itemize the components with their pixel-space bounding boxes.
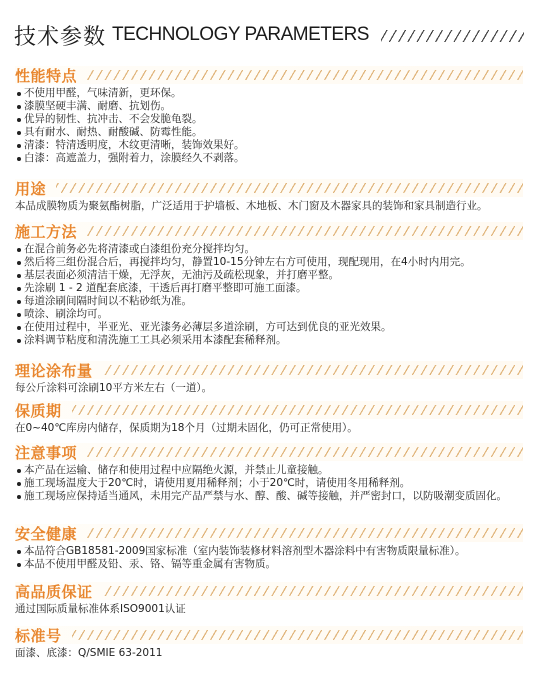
list-item: 漆膜坚硬丰满、耐磨、抗划伤。 — [15, 100, 523, 113]
section-safety-health: 安全健康 本品符合GB18581-2009国家标准（室内装饰装修材料溶剂型木器涂… — [15, 524, 523, 571]
bullet-icon — [17, 131, 21, 135]
bullet-icon — [17, 550, 21, 554]
section-heading: 注意事项 — [15, 443, 523, 461]
title-hatch-decoration — [381, 30, 524, 42]
section-title: 保质期 — [15, 400, 62, 421]
bullet-icon — [17, 482, 21, 486]
section-title: 安全健康 — [15, 523, 77, 544]
bullet-icon — [17, 469, 21, 473]
list-item: 基层表面必须清洁干燥，无浮灰，无油污及疏松现象，并打磨平整。 — [15, 269, 523, 282]
method-list: 在混合前务必先将清漆或白漆组份充分搅拌均匀。 然后将三组份混合后，再搅拌均匀，静… — [15, 243, 523, 347]
section-title: 标准号 — [15, 625, 62, 646]
list-item: 本品不使用甲醛及铅、汞、铬、镉等重金属有害物质。 — [15, 558, 523, 571]
bullet-icon — [17, 563, 21, 567]
bullet-icon — [17, 105, 21, 109]
section-usage: 用途 本品成膜物质为聚氨酯树脂，广泛适用于护墙板、木地板、木门窗及木器家具的装饰… — [15, 179, 523, 213]
bullet-icon — [17, 144, 21, 148]
feature-list: 不使用甲醛，气味清新，更环保。 漆膜坚硬丰满、耐磨、抗划伤。 优异的韧性、抗冲击… — [15, 87, 523, 165]
section-text: 通过国际质量标准体系ISO9001认证 — [15, 603, 523, 616]
section-heading: 性能特点 — [15, 66, 523, 84]
hatch-decoration — [87, 226, 523, 236]
section-title: 理论涂布量 — [15, 360, 93, 381]
list-item: 具有耐水、耐热、耐酸碱、防霉性能。 — [15, 126, 523, 139]
bullet-icon — [17, 339, 21, 343]
bullet-icon — [17, 118, 21, 122]
section-quality-assurance: 高品质保证 通过国际质量标准体系ISO9001认证 — [15, 582, 523, 616]
section-heading: 安全健康 — [15, 524, 523, 542]
page-title-cn: 技术参数 — [14, 20, 106, 51]
section-title: 性能特点 — [15, 65, 77, 86]
hatch-decoration — [87, 447, 523, 457]
section-text: 面漆、底漆：Q/SMIE 63-2011 — [15, 647, 523, 660]
hatch-decoration — [72, 405, 523, 415]
list-item: 然后将三组份混合后，再搅拌均匀，静置10-15分钟左右方可使用，现配现用，在4小… — [15, 256, 523, 269]
section-precautions: 注意事项 本产品在运输、储存和使用过程中应隔绝火源，并禁止儿童接触。 施工现场温… — [15, 443, 523, 503]
hatch-decoration — [103, 586, 523, 596]
list-item: 在混合前务必先将清漆或白漆组份充分搅拌均匀。 — [15, 243, 523, 256]
bullet-icon — [17, 274, 21, 278]
section-heading: 标准号 — [15, 626, 523, 644]
bullet-icon — [17, 300, 21, 304]
section-standard-number: 标准号 面漆、底漆：Q/SMIE 63-2011 — [15, 626, 523, 660]
bullet-icon — [17, 326, 21, 330]
list-item: 先涂刷 1 - 2 道配套底漆，干透后再打磨平整即可施工面漆。 — [15, 282, 523, 295]
section-title: 施工方法 — [15, 221, 77, 242]
list-item: 清漆：特清透明度，木纹更清晰，装饰效果好。 — [15, 139, 523, 152]
list-item: 施工现场温度大于20℃时，请使用夏用稀释剂；小于20℃时，请使用冬用稀释剂。 — [15, 477, 523, 490]
section-shelf-life: 保质期 在0~40℃库房内储存，保质期为18个月（过期未固化，仍可正常使用）。 — [15, 401, 523, 435]
list-item: 白漆：高遮盖力，强附着力，涂膜经久不剥落。 — [15, 152, 523, 165]
bullet-icon — [17, 495, 21, 499]
section-title: 高品质保证 — [15, 581, 93, 602]
section-heading: 用途 — [15, 179, 523, 197]
list-item: 在使用过程中，半亚光、亚光漆务必薄层多道涂刷，方可达到优良的亚光效果。 — [15, 321, 523, 334]
hatch-decoration — [56, 183, 523, 193]
safety-list: 本品符合GB18581-2009国家标准（室内装饰装修材料溶剂型木器涂料中有害物… — [15, 545, 523, 571]
section-features: 性能特点 不使用甲醛，气味清新，更环保。 漆膜坚硬丰满、耐磨、抗划伤。 优异的韧… — [15, 66, 523, 165]
list-item: 喷涂、刷涂均可。 — [15, 308, 523, 321]
page-title-en: TECHNOLOGY PARAMETERS — [112, 24, 369, 46]
bullet-icon — [17, 248, 21, 252]
bullet-icon — [17, 157, 21, 161]
bullet-icon — [17, 287, 21, 291]
list-item: 施工现场应保持适当通风，未用完产品严禁与水、醇、酸、碱等接触，并严密封口，以防吸… — [15, 490, 512, 503]
section-application-method: 施工方法 在混合前务必先将清漆或白漆组份充分搅拌均匀。 然后将三组份混合后，再搅… — [15, 222, 523, 347]
list-item: 不使用甲醛，气味清新，更环保。 — [15, 87, 523, 100]
list-item: 每道涂刷间隔时间以不粘砂纸为准。 — [15, 295, 523, 308]
section-coverage: 理论涂布量 每公斤涂料可涂刷10平方米左右（一道）。 — [15, 361, 523, 395]
precaution-list: 本产品在运输、储存和使用过程中应隔绝火源，并禁止儿童接触。 施工现场温度大于20… — [15, 464, 523, 503]
section-heading: 施工方法 — [15, 222, 523, 240]
section-title: 用途 — [15, 178, 46, 199]
section-heading: 高品质保证 — [15, 582, 523, 600]
hatch-decoration — [103, 365, 523, 375]
list-item: 本产品在运输、储存和使用过程中应隔绝火源，并禁止儿童接触。 — [15, 464, 523, 477]
list-item: 优异的韧性、抗冲击、不会发脆龟裂。 — [15, 113, 523, 126]
section-text: 在0~40℃库房内储存，保质期为18个月（过期未固化，仍可正常使用）。 — [15, 422, 523, 435]
section-title: 注意事项 — [15, 442, 77, 463]
section-heading: 理论涂布量 — [15, 361, 523, 379]
hatch-decoration — [87, 528, 523, 538]
bullet-icon — [17, 313, 21, 317]
section-text: 本品成膜物质为聚氨酯树脂，广泛适用于护墙板、木地板、木门窗及木器家具的装饰和家具… — [15, 200, 523, 213]
page-header: 技术参数 TECHNOLOGY PARAMETERS — [14, 20, 524, 50]
section-heading: 保质期 — [15, 401, 523, 419]
list-item: 涂料调节粘度和清洗施工工具必须采用本漆配套稀释剂。 — [15, 334, 523, 347]
list-item: 本品符合GB18581-2009国家标准（室内装饰装修材料溶剂型木器涂料中有害物… — [15, 545, 523, 558]
bullet-icon — [17, 92, 21, 96]
hatch-decoration — [72, 630, 523, 640]
hatch-decoration — [87, 70, 523, 80]
bullet-icon — [17, 261, 21, 265]
section-text: 每公斤涂料可涂刷10平方米左右（一道）。 — [15, 382, 523, 395]
